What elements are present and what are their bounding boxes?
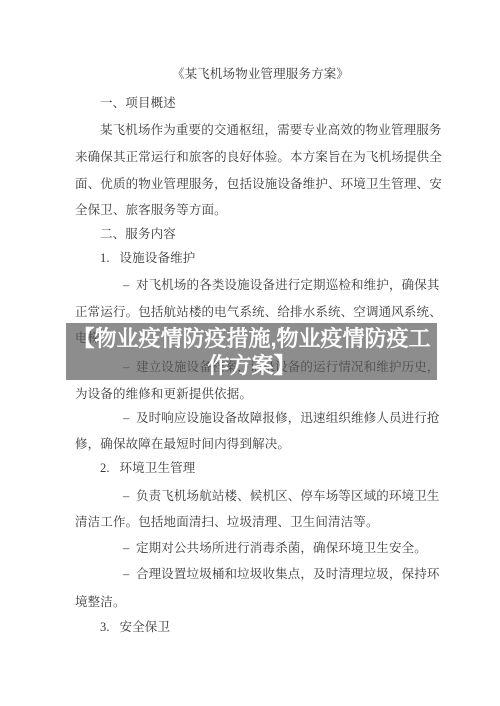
list-item-1-facilities: 1. 设施设备维护: [100, 250, 195, 266]
body-line: 来确保其正常运行和旅客的良好体验。本方案旨在为飞机场提供全: [75, 149, 442, 165]
watermark-text-line2: 作方案】: [207, 352, 295, 379]
body-line: 修，确保故障在最短时间内得到解决。: [75, 436, 290, 452]
body-line: 全保卫、旅客服务等方面。: [75, 202, 227, 218]
watermark-banner: 【物业疫情防疫措施,物业疫情防疫工 作方案】: [66, 323, 437, 380]
list-item-3-security: 3. 安全保卫: [100, 619, 170, 635]
bullet-line: – 及时响应设施设备故障报修，迅速组织维修人员进行抢: [123, 410, 440, 426]
watermark-text-line1: 【物业疫情防疫措施,物业疫情防疫工: [72, 325, 430, 352]
body-line: 境整洁。: [75, 594, 126, 610]
list-item-2-environment: 2. 环境卫生管理: [100, 460, 195, 476]
bullet-line: – 定期对公共场所进行消毒杀菌，确保环境卫生安全。: [123, 540, 427, 556]
document-title: 《某飞机场物业管理服务方案》: [75, 66, 446, 82]
body-line: 正常运行。包括航站楼的电气系统、给排水系统、空调通风系统、: [75, 304, 442, 320]
bullet-line: – 负责飞机场航站楼、候机区、停车场等区域的环境卫生: [123, 488, 440, 504]
document-page: 《某飞机场物业管理服务方案》 一、项目概述 某飞机场作为重要的交通枢纽，需要专业…: [0, 0, 500, 706]
body-line: 某飞机场作为重要的交通枢纽，需要专业高效的物业管理服务: [100, 122, 442, 138]
body-line: 清洁工作。包括地面清扫、垃圾清理、卫生间清洁等。: [75, 514, 379, 530]
heading-project-overview: 一、项目概述: [100, 95, 176, 111]
bullet-line: – 对飞机场的各类设施设备进行定期巡检和维护，确保其: [123, 277, 440, 293]
bullet-line: – 合理设置垃圾桶和垃圾收集点，及时清理垃圾，保持环: [123, 566, 440, 582]
heading-service-content: 二、服务内容: [100, 226, 176, 242]
body-line: 为设备的维修和更新提供依据。: [75, 386, 252, 402]
body-line: 面、优质的物业管理服务，包括设施设备维护、环境卫生管理、安: [75, 176, 442, 192]
